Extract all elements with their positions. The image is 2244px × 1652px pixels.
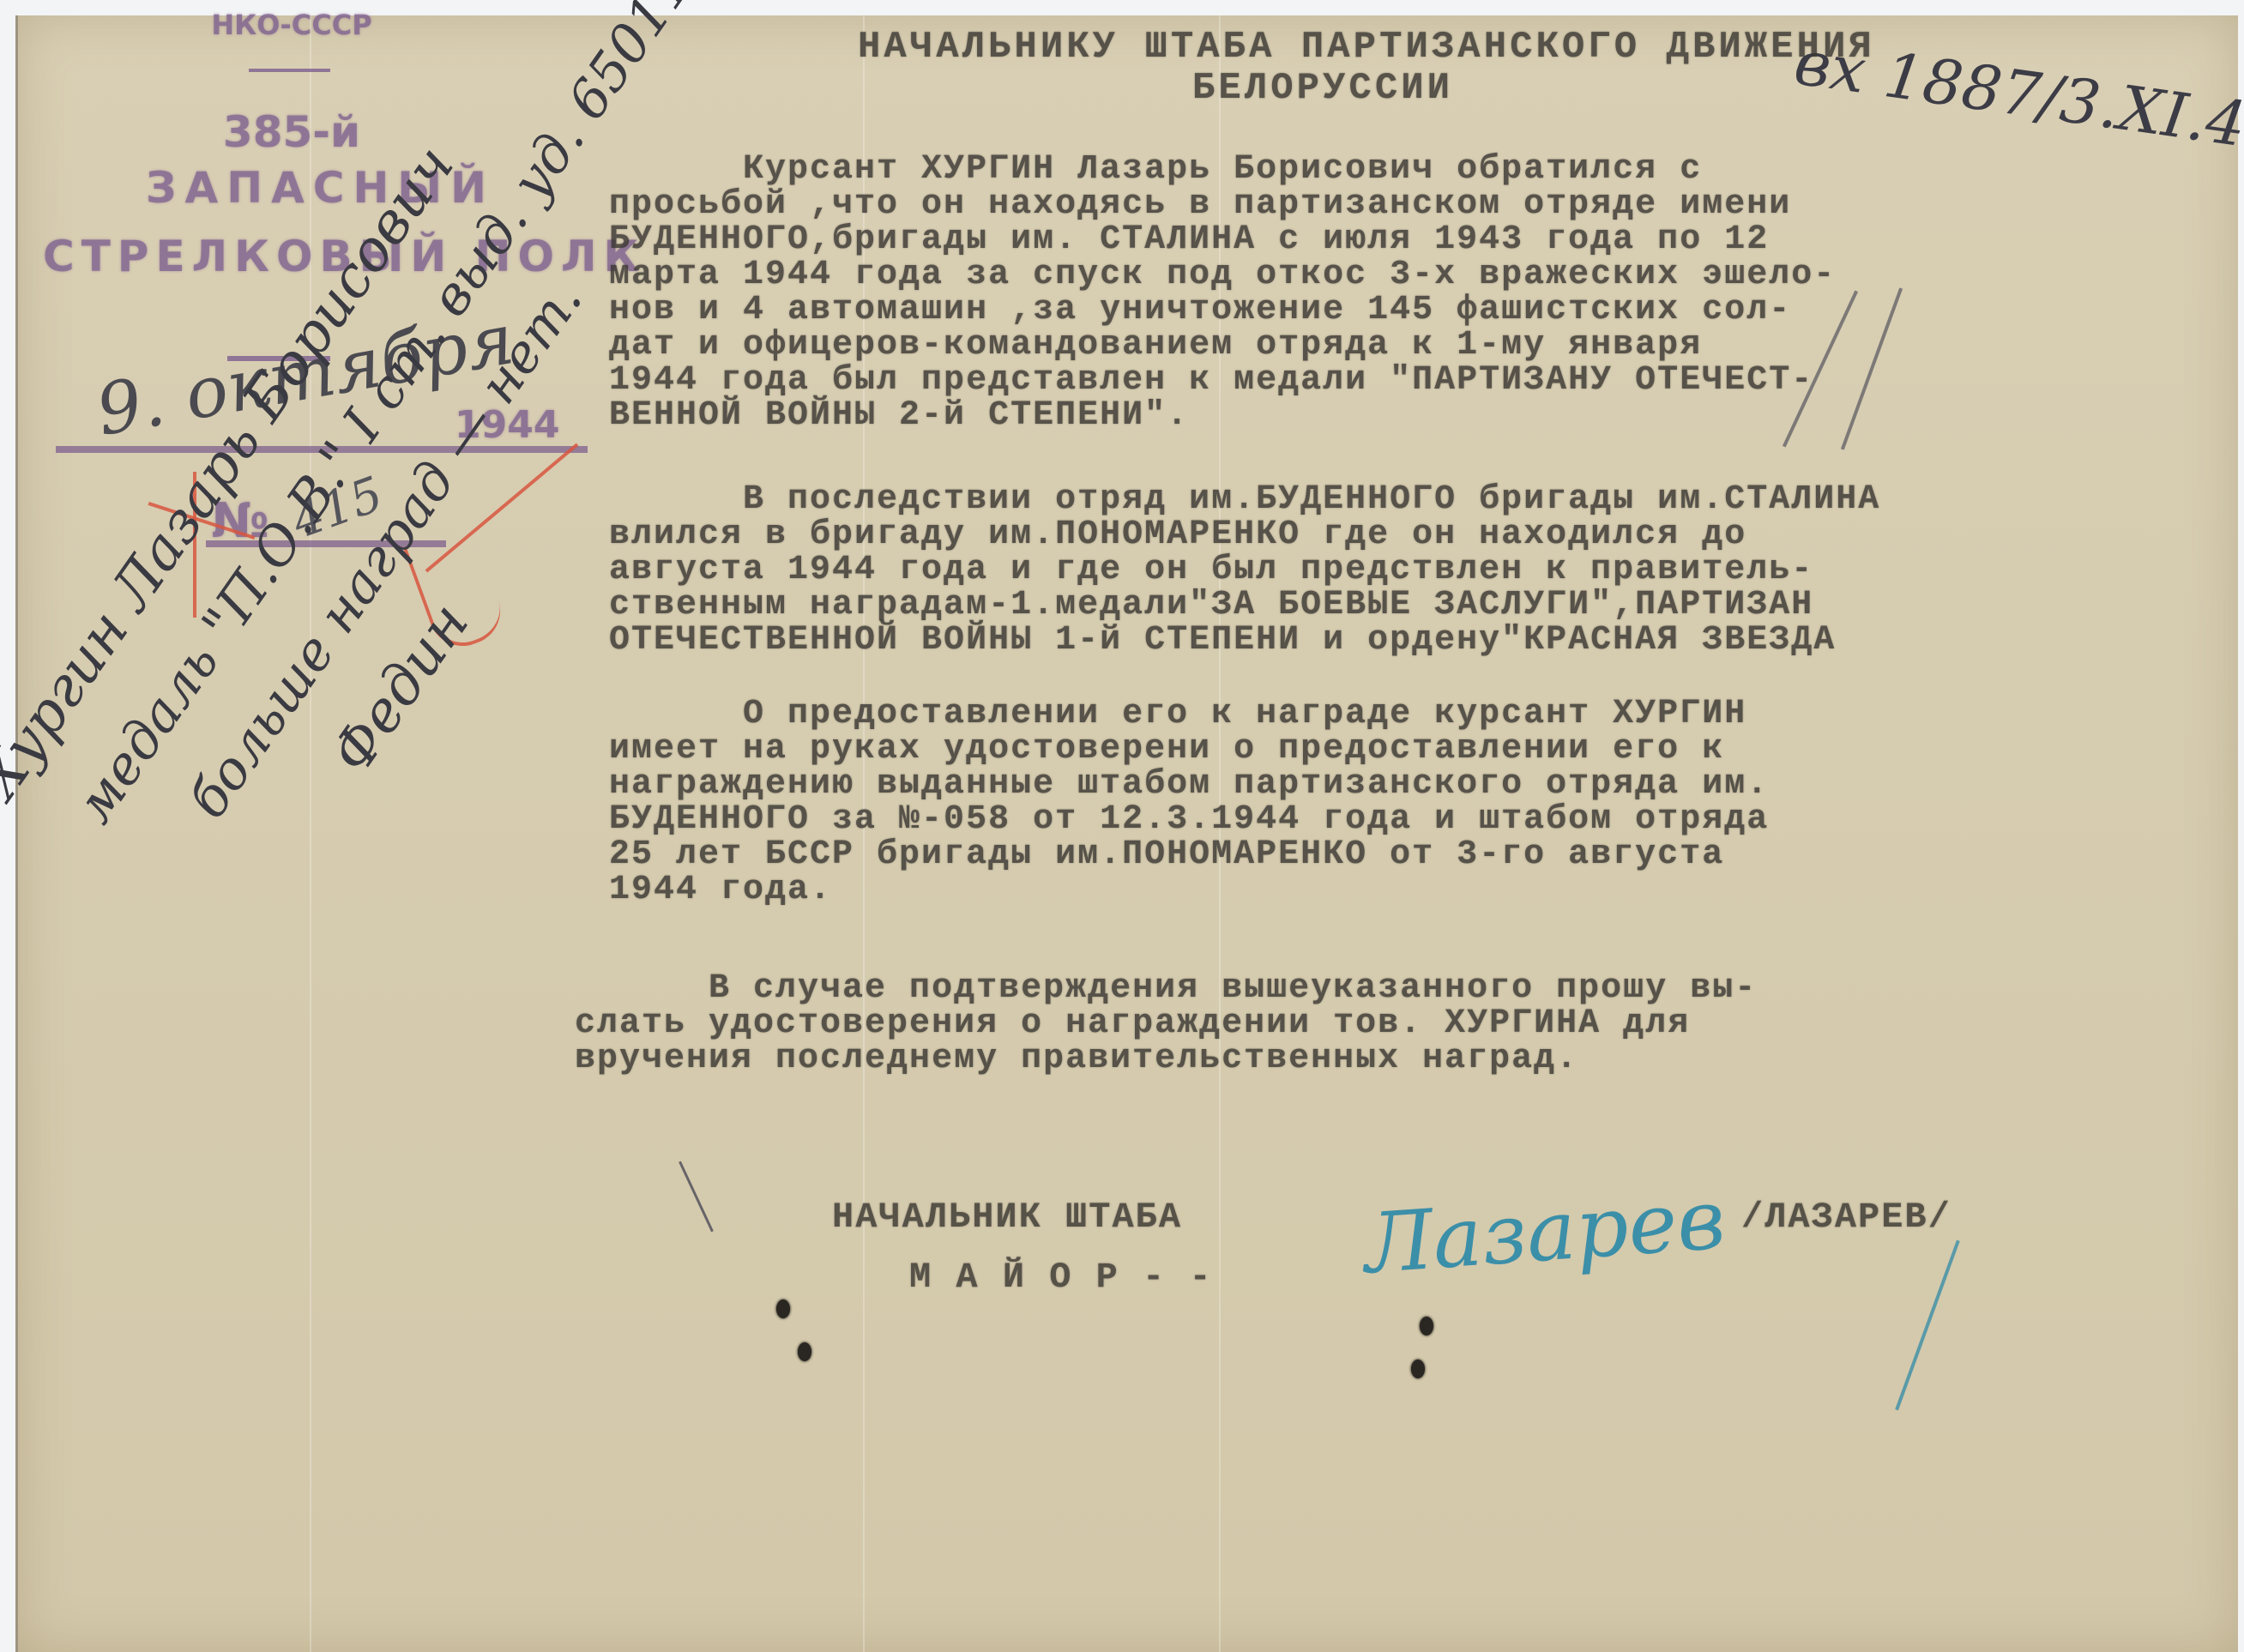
punch-hole [1420, 1317, 1433, 1335]
addressee-line1: НАЧАЛЬНИКУ ШТАБА ПАРТИЗАНСКОГО ДВИЖЕНИЯ [858, 26, 1875, 69]
signature-rank: М А Й О Р - - [909, 1257, 1213, 1298]
stamp-org: НКО-СССР [197, 9, 386, 41]
text-line: просьбой ,что он находясь в партизанском… [609, 185, 1791, 224]
text-line: слать удостоверения о награждении тов. Х… [575, 1004, 1690, 1043]
text-line: БУДЕННОГО за №-058 от 12.3.1944 года и ш… [609, 800, 1769, 839]
text-line: влился в бригаду им.ПОНОМАРЕНКО где он н… [609, 515, 1746, 554]
text-line: августа 1944 года и где он был предствле… [609, 551, 1813, 589]
punch-hole [776, 1299, 790, 1318]
stamp-unit-number: 385-й [206, 107, 377, 157]
text-line: дат и офицеров-командованием отряда к 1-… [609, 326, 1702, 365]
text-line: ВЕННОЙ ВОЙНЫ 2-й СТЕПЕНИ". [609, 396, 1189, 435]
text-line: О предоставлении его к награде курсант Х… [609, 695, 1746, 733]
text-line: имеет на руках удостоверени о предоставл… [609, 730, 1724, 769]
text-line: награждению выданные штабом партизанског… [609, 765, 1769, 804]
punch-hole [798, 1342, 811, 1361]
text-line: ственным наградам-1.медали"ЗА БОЕВЫЕ ЗАС… [609, 586, 1813, 624]
signature-title: НАЧАЛЬНИК ШТАБА [832, 1197, 1182, 1238]
text-line: Курсант ХУРГИН Лазарь Борисович обратилс… [609, 150, 1702, 189]
text-line: В случае подтверждения вышеуказанного пр… [575, 969, 1757, 1008]
punch-hole [1411, 1360, 1425, 1378]
text-line: марта 1944 года за спуск под откос 3-х в… [609, 256, 1836, 294]
stamp-divider [249, 69, 330, 72]
signature-name: /ЛАЗАРЕВ/ [1741, 1197, 1951, 1238]
text-line: вручения последнему правительственных на… [575, 1040, 1578, 1078]
addressee-line2: БЕЛОРУССИИ [1192, 67, 1453, 110]
text-line: ОТЕЧЕСТВЕННОЙ ВОЙНЫ 1-й СТЕПЕНИ и ордену… [609, 621, 1836, 660]
text-line: 1944 года был представлен к медали "ПАРТ… [609, 361, 1813, 400]
text-line: БУДЕННОГО,бригады им. СТАЛИНА с июля 194… [609, 220, 1769, 259]
text-line: нов и 4 автомашин ,за уничтожение 145 фа… [609, 291, 1791, 329]
text-line: В последствии отряд им.БУДЕННОГО бригады… [609, 480, 1880, 519]
text-line: 1944 года. [609, 871, 832, 909]
text-line: 25 лет БССР бригады им.ПОНОМАРЕНКО от 3-… [609, 835, 1724, 874]
